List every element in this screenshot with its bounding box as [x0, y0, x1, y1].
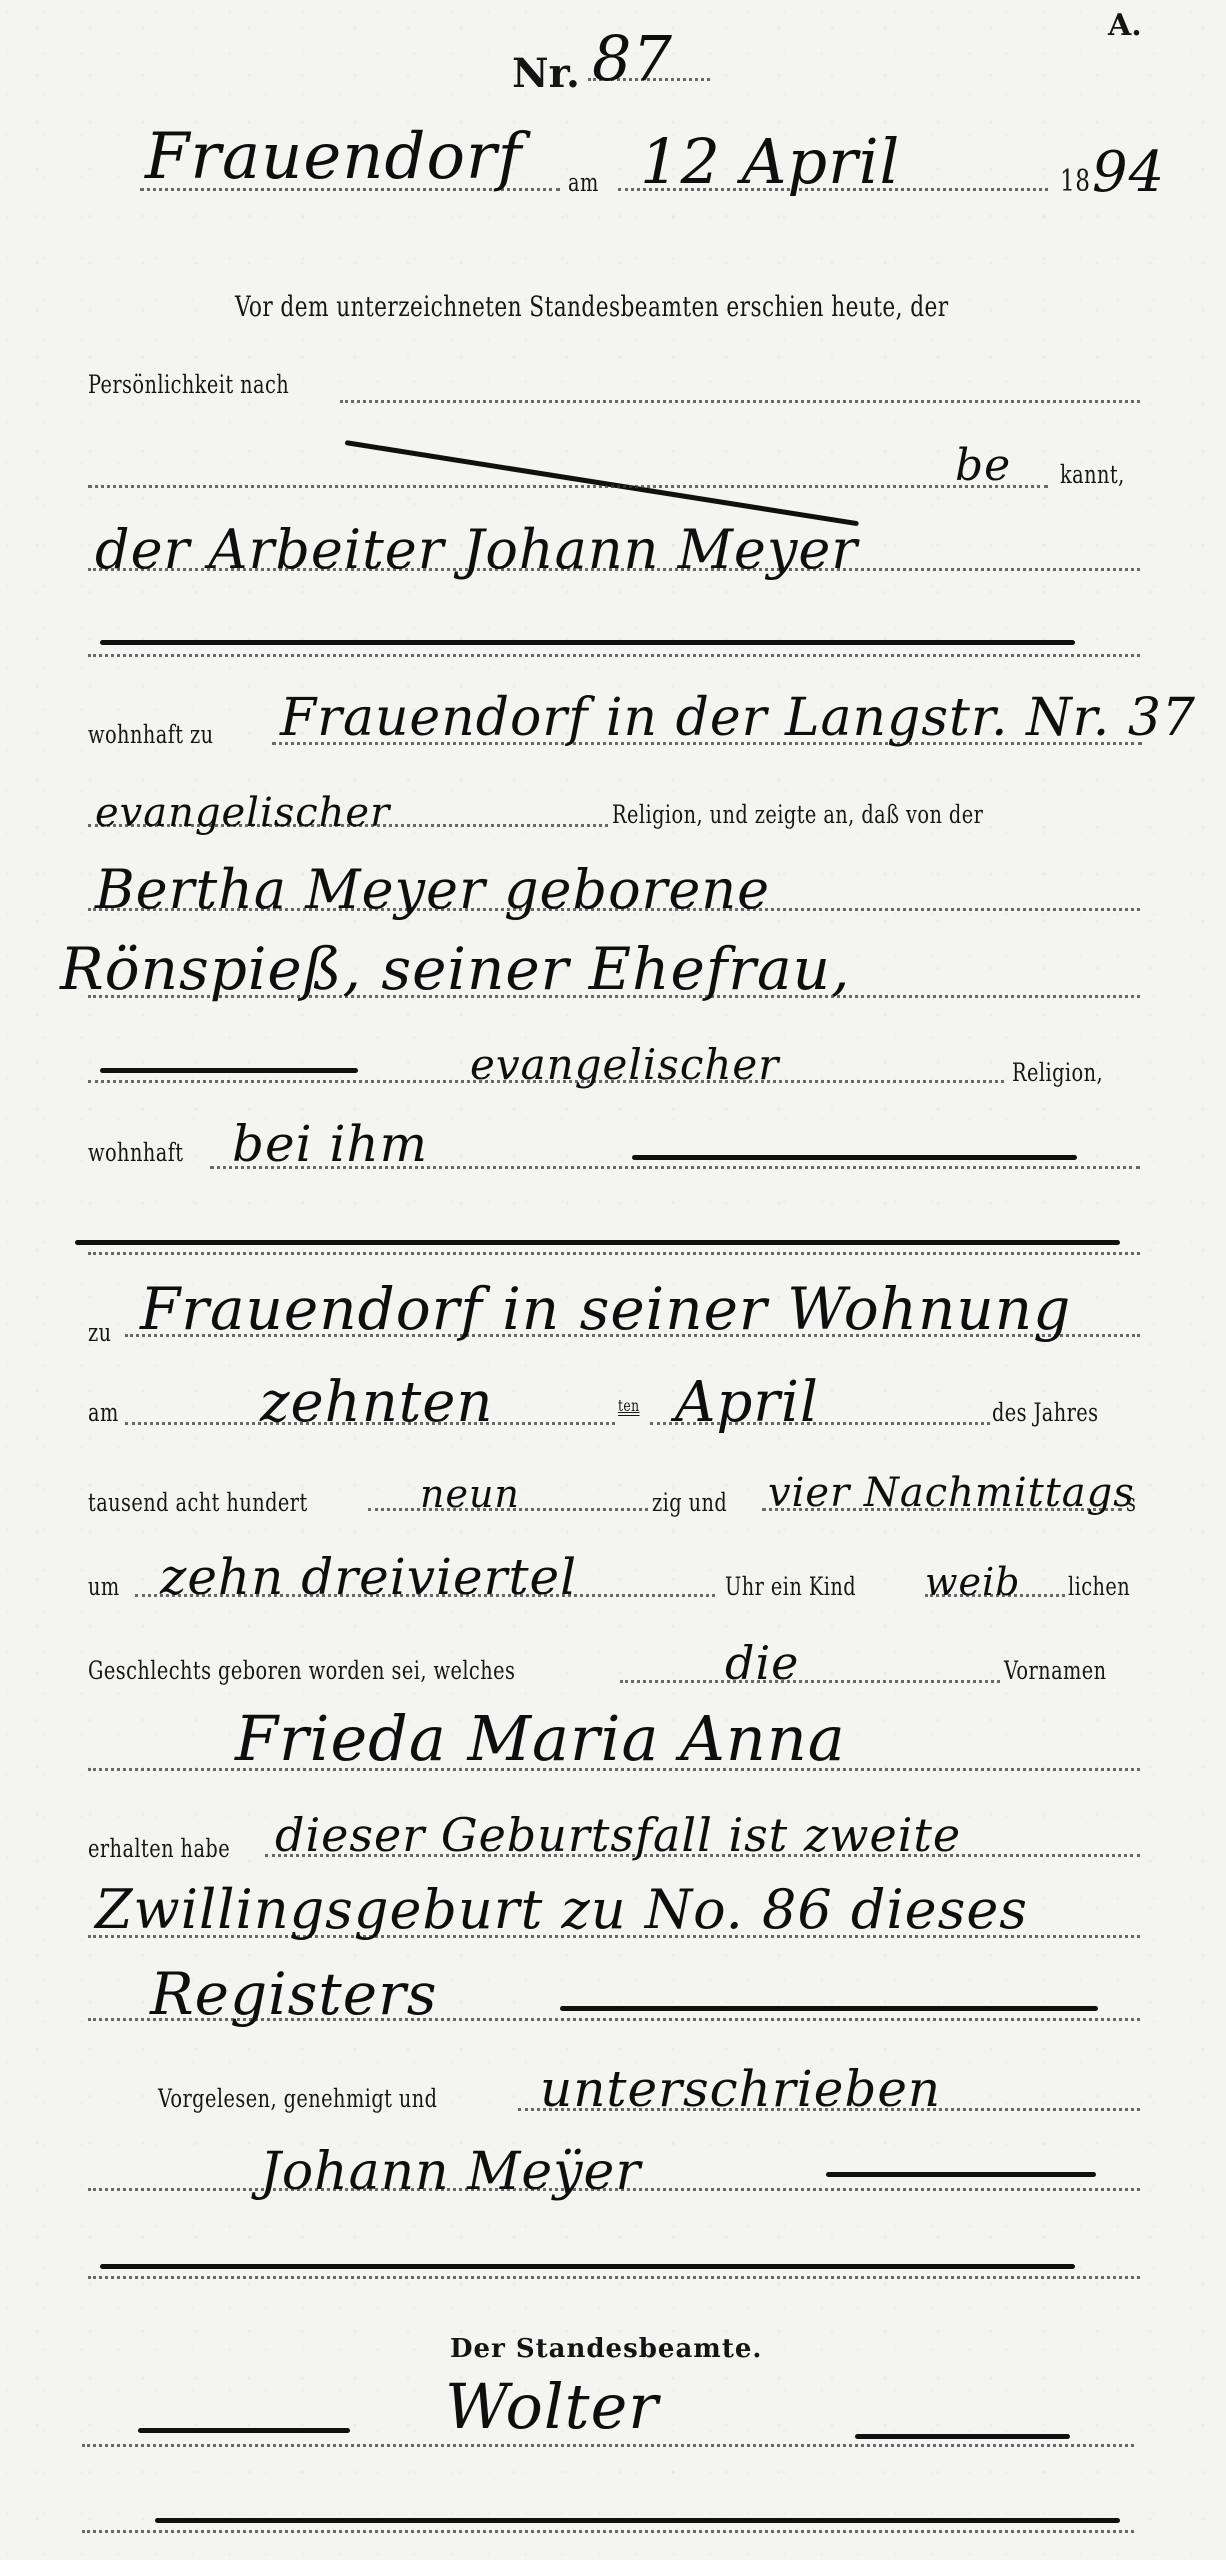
zig-und-label: zig und [652, 1488, 727, 1517]
remark-1: dieser Geburtsfall ist zweite [275, 1808, 961, 1862]
s-suffix: s [1126, 1488, 1136, 1517]
bottom-line [82, 2530, 1134, 2533]
remark-strike [560, 2006, 1098, 2011]
die-written: die [725, 1636, 799, 1690]
birth-sex: weib [925, 1560, 1021, 1604]
informant-religion: evangelischer [95, 790, 390, 836]
tausend-acht-hundert-label: tausend acht hundert [88, 1488, 308, 1517]
die-line [620, 1680, 1000, 1683]
bekannt-suffix: kannt, [1060, 460, 1125, 489]
geschlechts-label: Geschlechts geboren worden sei, welches [88, 1656, 515, 1685]
religion-zeigte-an-label: Religion, und zeigte an, daß von der [612, 800, 983, 829]
mother-name-2: Rönspieß, seiner Ehefrau, [60, 935, 850, 1003]
birth-place: Frauendorf in seiner Wohnung [140, 1275, 1071, 1343]
mother-religion-label: Religion, [1012, 1058, 1103, 1087]
birth-unit: vier Nachmittags [768, 1470, 1135, 1516]
informant-signature: Johann Meÿer [260, 2142, 641, 2202]
zu-label: zu [88, 1318, 112, 1347]
register-number: 87 [592, 22, 673, 95]
extra-signature-line [88, 2276, 1140, 2279]
extra-signature-strike [100, 2264, 1075, 2269]
informant-strike-line [100, 640, 1075, 645]
given-names: Frieda Maria Anna [235, 1702, 846, 1775]
intro-line-1: Vor dem unterzeichneten Standesbeamten e… [235, 290, 949, 323]
signature-strike [826, 2172, 1096, 2177]
vorgelesen-label: Vorgelesen, genehmigt und [158, 2084, 438, 2113]
official-signature: Wolter [445, 2370, 659, 2443]
mother-religion-strike [100, 1068, 358, 1073]
lichen-suffix: lichen [1068, 1572, 1130, 1601]
birth-register-page: A. Nr. 87 Frauendorf am 12 April 18 94 V… [0, 0, 1226, 2560]
blank-line-strike [75, 1240, 1120, 1245]
informant-extra-line [88, 654, 1140, 657]
informant-name: der Arbeiter Johann Meyer [95, 518, 858, 581]
mother-residence-strike [632, 1155, 1077, 1160]
erhalten-habe-label: erhalten habe [88, 1834, 230, 1863]
blank-line [88, 1252, 1140, 1255]
informant-residence: Frauendorf in der Langstr. Nr. 37 [280, 688, 1196, 748]
des-jahres-label: des Jahres [992, 1398, 1099, 1427]
birth-month: April [675, 1370, 819, 1435]
official-strike-left [138, 2428, 350, 2433]
year-printed: 18 [1060, 164, 1090, 199]
ten-label: ten [618, 1396, 640, 1415]
mother-residence: bei ihm [232, 1115, 428, 1173]
birth-time: zehn dreiviertel [160, 1548, 577, 1606]
header-date: 12 April [640, 125, 900, 198]
remark-3: Registers [150, 1960, 438, 2028]
birth-day: zehnten [260, 1370, 494, 1435]
am-birth-label: am [88, 1398, 119, 1427]
vornamen-label: Vornamen [1004, 1656, 1107, 1685]
official-title: Der Standesbeamte. [450, 2334, 762, 2364]
persoenlichkeit-line [340, 400, 1140, 403]
form-letter-label: A. [1108, 8, 1142, 43]
wohnhaft-zu-label: wohnhaft zu [88, 720, 214, 749]
mother-religion: evangelischer [470, 1040, 779, 1089]
unterschrieben: unterschrieben [540, 2060, 941, 2118]
official-signature-line [82, 2444, 1134, 2447]
bekannt-written: be [955, 440, 1011, 491]
bottom-strike [155, 2518, 1120, 2523]
mother-name-1: Bertha Meyer geborene [95, 858, 770, 921]
am-label: am [568, 168, 599, 197]
um-label: um [88, 1572, 120, 1601]
header-place: Frauendorf [145, 120, 522, 194]
bekannt-line [88, 485, 1048, 488]
strike-line [345, 440, 859, 526]
register-number-label: Nr. [512, 50, 580, 97]
uhr-ein-kind-label: Uhr ein Kind [725, 1572, 856, 1601]
remark-2: Zwillingsgeburt zu No. 86 dieses [95, 1878, 1028, 1941]
year-written: 94 [1092, 140, 1165, 205]
birth-decade: neun [420, 1472, 520, 1516]
persoenlichkeit-label: Persönlichkeit nach [88, 370, 289, 399]
mother-wohnhaft-label: wohnhaft [88, 1138, 183, 1167]
official-strike-right [855, 2434, 1070, 2439]
